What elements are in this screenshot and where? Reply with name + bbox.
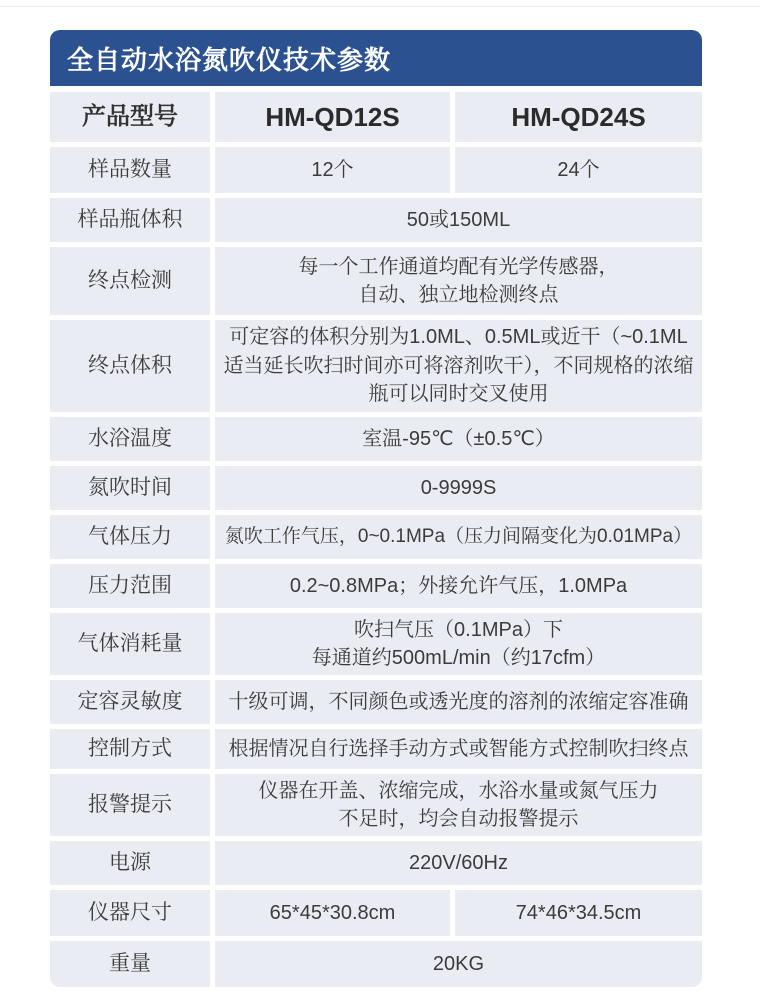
pressure-range-label: 压力范围 [50,564,210,608]
product-model-label: 产品型号 [50,92,210,142]
endpoint-detection-label: 终点检测 [50,247,210,315]
sample-bottle-volume-label: 样品瓶体积 [50,198,210,242]
control-mode-value: 根据情况自行选择手动方式或智能方式控制吹扫终点 [215,729,702,769]
product-model-value-qd12s: HM-QD12S [215,92,450,142]
water-bath-temp-value: 室温-95℃（±0.5℃） [215,417,702,461]
nitrogen-time-value: 0-9999S [215,466,702,510]
nitrogen-time-label: 氮吹时间 [50,466,210,510]
power-value: 220V/60Hz [215,841,702,885]
dimensions-value-qd24s: 74*46*34.5cm [455,890,702,936]
dimensions-value-qd12s: 65*45*30.8cm [215,890,450,936]
gas-consumption-value: 吹扫气压（0.1MPa）下 每通道约500mL/min（约17cfm） [215,613,702,675]
alarm-label: 报警提示 [50,774,210,836]
power-label: 电源 [50,841,210,885]
sample-count-label: 样品数量 [50,147,210,193]
endpoint-volume-value: 可定容的体积分别为1.0ML、0.5ML或近干（~0.1ML适当延长吹扫时间亦可… [215,320,702,412]
pressure-range-value: 0.2~0.8MPa；外接允许气压，1.0MPa [215,564,702,608]
water-bath-temp-label: 水浴温度 [50,417,210,461]
endpoint-detection-value: 每一个工作通道均配有光学传感器， 自动、独立地检测终点 [215,247,702,315]
sensitivity-label: 定容灵敏度 [50,680,210,724]
sensitivity-value: 十级可调，不同颜色或透光度的溶剂的浓缩定容准确 [215,680,702,724]
control-mode-label: 控制方式 [50,729,210,769]
gas-pressure-value: 氮吹工作气压，0~0.1MPa（压力间隔变化为0.01MPa） [215,515,702,559]
spec-table-title: 全自动水浴氮吹仪技术参数 [50,30,702,86]
endpoint-volume-label: 终点体积 [50,320,210,412]
gas-pressure-label: 气体压力 [50,515,210,559]
weight-value: 20KG [215,941,702,987]
page-top-divider [0,6,760,7]
weight-label: 重量 [50,941,210,987]
alarm-value: 仪器在开盖、浓缩完成，水浴水量或氮气压力 不足时，均会自动报警提示 [215,774,702,836]
sample-bottle-volume-value: 50或150ML [215,198,702,242]
sample-count-value-12: 12个 [215,147,450,193]
gas-consumption-label: 气体消耗量 [50,613,210,675]
product-model-value-qd24s: HM-QD24S [455,92,702,142]
spec-table: 产品型号 HM-QD12S HM-QD24S 样品数量 12个 24个 样品瓶体… [50,92,702,987]
dimensions-label: 仪器尺寸 [50,890,210,936]
spec-card: 全自动水浴氮吹仪技术参数 产品型号 HM-QD12S HM-QD24S 样品数量… [50,30,702,987]
sample-count-value-24: 24个 [455,147,702,193]
